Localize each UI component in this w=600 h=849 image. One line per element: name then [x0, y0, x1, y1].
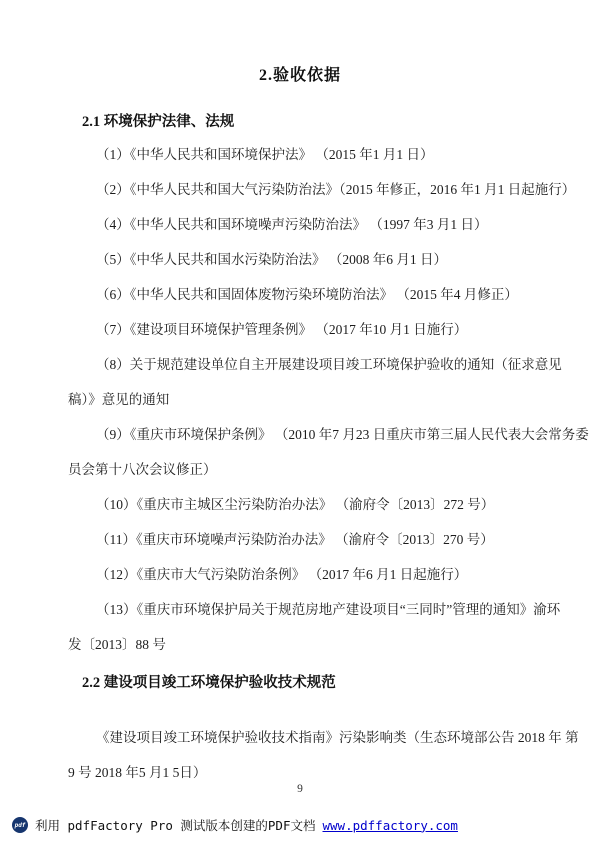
list-item-line: （8）关于规范建设单位自主开展建设项目竣工环境保护验收的通知（征求意见: [68, 347, 560, 382]
page-title: 2.验收依据: [0, 62, 600, 85]
list-item-line: （13）《重庆市环境保护局关于规范房地产建设项目“三同时”管理的通知》渝环: [68, 592, 560, 627]
list-item-line: （1）《中华人民共和国环境保护法》 （2015 年1 月1 日）: [68, 137, 560, 172]
list-item-line: （6）《中华人民共和国固体废物污染环境防治法》 （2015 年4 月修正）: [68, 277, 560, 312]
page-number: 9: [0, 783, 600, 795]
pdffactory-link[interactable]: www.pdffactory.com: [323, 818, 458, 833]
document-page: 2.验收依据 2.1 环境保护法律、法规 （1）《中华人民共和国环境保护法》 （…: [0, 0, 600, 849]
list-item: （9）《重庆市环境保护条例》 （2010 年7 月23 日重庆市第三届人民代表大…: [68, 417, 560, 487]
pdffactory-footer: pdf 利用 pdfFactory Pro 测试版本创建的PDF文档 www.p…: [12, 816, 458, 834]
law-list: （1）《中华人民共和国环境保护法》 （2015 年1 月1 日） （2）《中华人…: [68, 137, 560, 662]
list-item-line: （11）《重庆市环境噪声污染防治办法》 （渝府令〔2013〕270 号）: [68, 522, 560, 557]
list-item: （6）《中华人民共和国固体废物污染环境防治法》 （2015 年4 月修正）: [68, 277, 560, 312]
section-heading-2-1: 2.1 环境保护法律、法规: [82, 110, 234, 131]
list-item-line: （9）《重庆市环境保护条例》 （2010 年7 月23 日重庆市第三届人民代表大…: [68, 417, 560, 452]
list-item-line: （2）《中华人民共和国大气污染防治法》（2015 年修正，2016 年1 月1 …: [68, 172, 560, 207]
list-item: （8）关于规范建设单位自主开展建设项目竣工环境保护验收的通知（征求意见 稿）》意…: [68, 347, 560, 417]
pdffactory-icon: pdf: [12, 817, 28, 833]
list-item: （1）《中华人民共和国环境保护法》 （2015 年1 月1 日）: [68, 137, 560, 172]
list-item: （2）《中华人民共和国大气污染防治法》（2015 年修正，2016 年1 月1 …: [68, 172, 560, 207]
paragraph-line: 《建设项目竣工环境保护验收技术指南》污染影响类（生态环境部公告 2018 年 第: [68, 720, 560, 755]
list-item: （5）《中华人民共和国水污染防治法》 （2008 年6 月1 日）: [68, 242, 560, 277]
list-item: （7）《建设项目环境保护管理条例》 （2017 年10 月1 日施行）: [68, 312, 560, 347]
list-item: （12）《重庆市大气污染防治条例》 （2017 年6 月1 日起施行）: [68, 557, 560, 592]
list-item-line: （7）《建设项目环境保护管理条例》 （2017 年10 月1 日施行）: [68, 312, 560, 347]
list-item: （10）《重庆市主城区尘污染防治办法》 （渝府令〔2013〕272 号）: [68, 487, 560, 522]
list-item-line: （5）《中华人民共和国水污染防治法》 （2008 年6 月1 日）: [68, 242, 560, 277]
list-item-line: （10）《重庆市主城区尘污染防治办法》 （渝府令〔2013〕272 号）: [68, 487, 560, 522]
list-item-line: 员会第十八次会议修正）: [68, 452, 560, 487]
list-item-line: 稿）》意见的通知: [68, 382, 560, 417]
section-2-2-paragraph: 《建设项目竣工环境保护验收技术指南》污染影响类（生态环境部公告 2018 年 第…: [68, 720, 560, 790]
list-item-line: 发〔2013〕88 号: [68, 627, 560, 662]
list-item-line: （4）《中华人民共和国环境噪声污染防治法》 （1997 年3 月1 日）: [68, 207, 560, 242]
list-item: （13）《重庆市环境保护局关于规范房地产建设项目“三同时”管理的通知》渝环 发〔…: [68, 592, 560, 662]
section-heading-2-2: 2.2 建设项目竣工环境保护验收技术规范: [82, 666, 336, 701]
list-item: （11）《重庆市环境噪声污染防治办法》 （渝府令〔2013〕270 号）: [68, 522, 560, 557]
list-item-line: （12）《重庆市大气污染防治条例》 （2017 年6 月1 日起施行）: [68, 557, 560, 592]
list-item: （4）《中华人民共和国环境噪声污染防治法》 （1997 年3 月1 日）: [68, 207, 560, 242]
footer-text: 利用 pdfFactory Pro 测试版本创建的PDF文档: [35, 816, 316, 834]
